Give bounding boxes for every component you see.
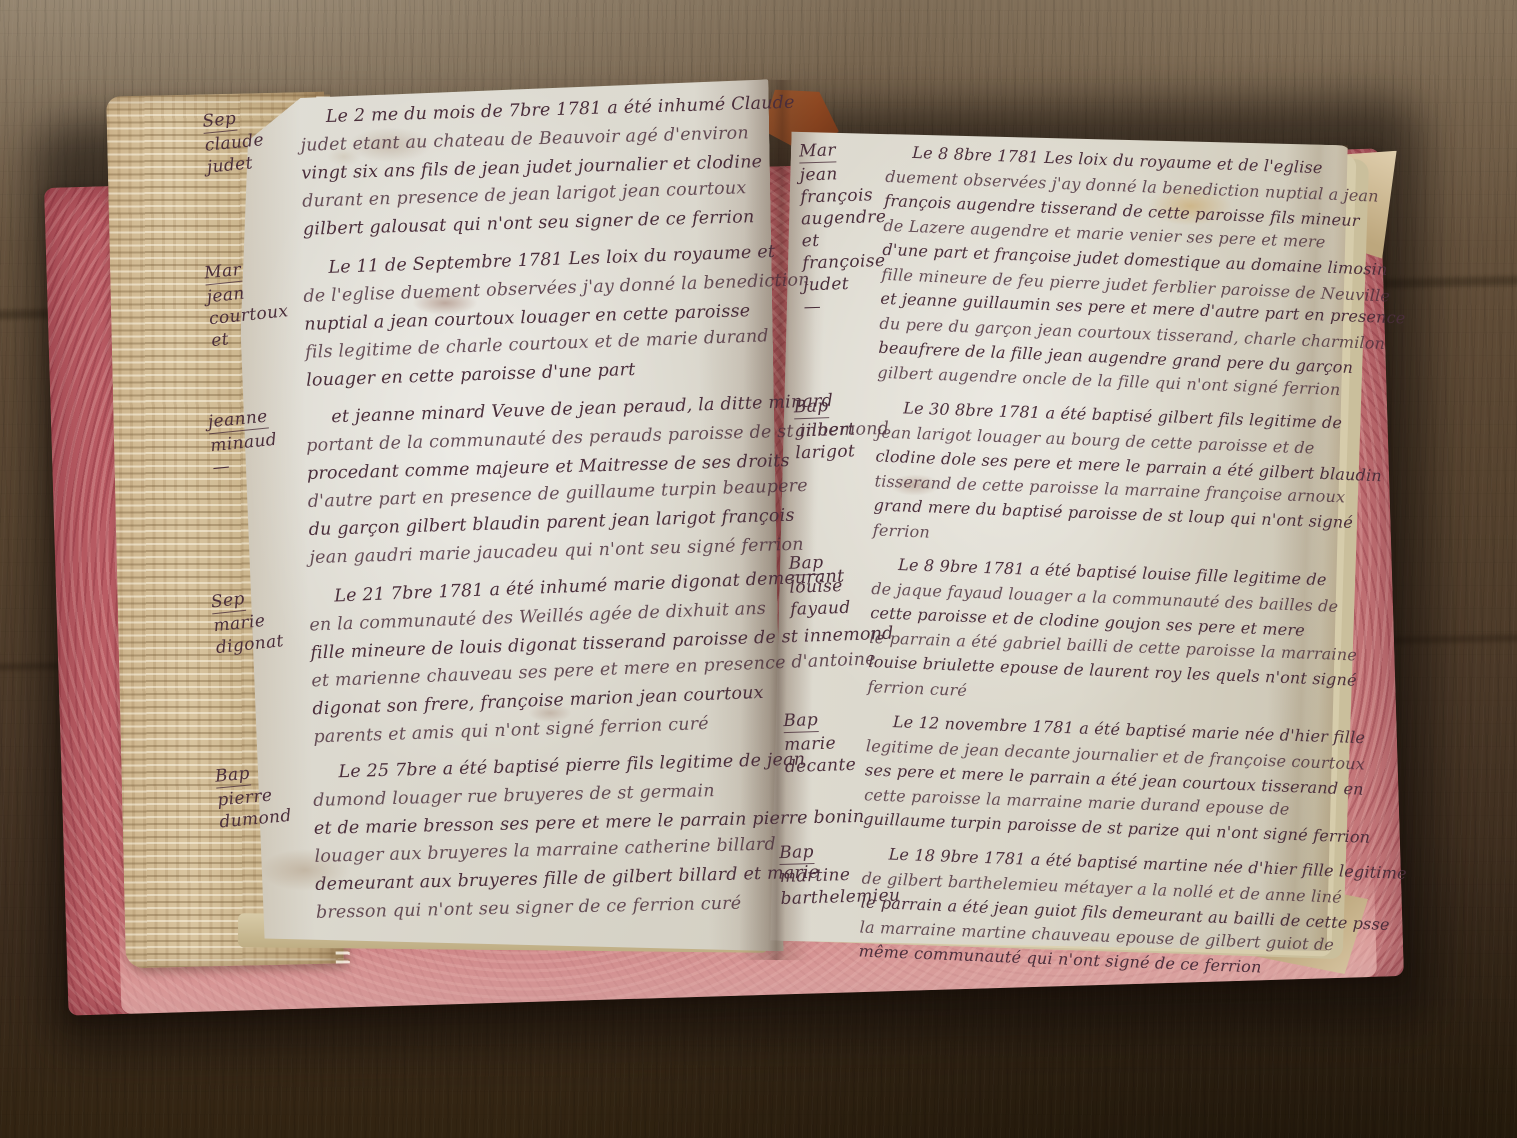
margin-notes: jeanneminaud— [207, 401, 309, 478]
register-entry: BapmariedecanteLe 12 novembre 1781 a été… [781, 706, 1365, 850]
register-entry: Marjeanfrançoisaugendreetfrançoisejudet—… [795, 137, 1384, 405]
margin-note-word: barthelemieu [780, 886, 863, 908]
margin-note-word: Bap [788, 553, 823, 576]
margin-notes: Bapgilbertlarigot [793, 393, 877, 464]
margin-note-word: et [801, 229, 884, 251]
margin-notes: Bapmariedecante [783, 706, 867, 777]
margin-note-word: decante [785, 754, 868, 777]
margin-note-word: gilbert [794, 419, 877, 442]
margin-note-word: augendre [801, 207, 884, 229]
register-entry: SepmariedigonatLe 21 7bre 1781 a été inh… [212, 565, 818, 755]
margin-notes: Marjeanfrançoisaugendreetfrançoisejudet— [799, 137, 886, 317]
margin-note-word: judet [803, 273, 886, 295]
register-entry: BapmartinebarthelemieuLe 18 9bre 1781 a … [776, 838, 1360, 984]
margin-notes: Baplouisefayaud [788, 549, 872, 620]
right-page-manuscript: Marjeanfrançoisaugendreetfrançoisejudet—… [776, 139, 1383, 992]
margin-note-word: marie [784, 732, 867, 755]
photo-open-parish-register: SepclaudejudetLe 2 me du mois de 7bre 17… [0, 0, 1517, 1138]
margin-note-word: martine [780, 864, 863, 886]
margin-note-word: Bap [783, 710, 818, 733]
margin-note-word: Bap [214, 764, 251, 789]
register-entry: jeanneminaud—et jeanne minard Veuve de j… [209, 389, 814, 575]
margin-note-word: Bap [779, 842, 814, 865]
margin-note-word: françois [800, 185, 883, 207]
left-page-manuscript: SepclaudejudetLe 2 me du mois de 7bre 17… [204, 92, 820, 937]
margin-note-word: — [803, 295, 886, 317]
margin-note-word: Sep [202, 109, 238, 134]
margin-note-word: Mar [799, 140, 837, 163]
margin-notes: Sepmariedigonat [210, 580, 313, 658]
margin-note-word: françoise [802, 251, 885, 273]
margin-note-word: louise [789, 575, 872, 598]
margin-notes: Bappierredumond [214, 756, 316, 833]
register-entry: BappierredumondLe 25 7bre a été baptisé … [216, 747, 820, 930]
margin-notes: Marjeancourtouxet [203, 252, 308, 351]
margin-note-word: jean [799, 163, 882, 185]
margin-note-word: Sep [210, 589, 246, 614]
margin-note-word: Bap [794, 396, 829, 419]
margin-note-word: fayaud [790, 597, 873, 620]
margin-notes: Bapmartinebarthelemieu [779, 838, 863, 908]
margin-note-word: jeanne [207, 406, 269, 434]
register-entry: SepclaudejudetLe 2 me du mois de 7bre 17… [204, 90, 808, 247]
register-entry: BaplouisefayaudLe 8 9bre 1781 a été bapt… [785, 549, 1370, 718]
register-entry: MarjeancourtouxetLe 11 de Septembre 1781… [206, 238, 810, 398]
margin-note-word: Mar [203, 260, 242, 286]
register-entry: BapgilbertlarigotLe 30 8bre 1781 a été b… [790, 392, 1375, 560]
margin-notes: Sepclaudejudet [201, 101, 303, 178]
margin-note-word: larigot [795, 441, 878, 464]
